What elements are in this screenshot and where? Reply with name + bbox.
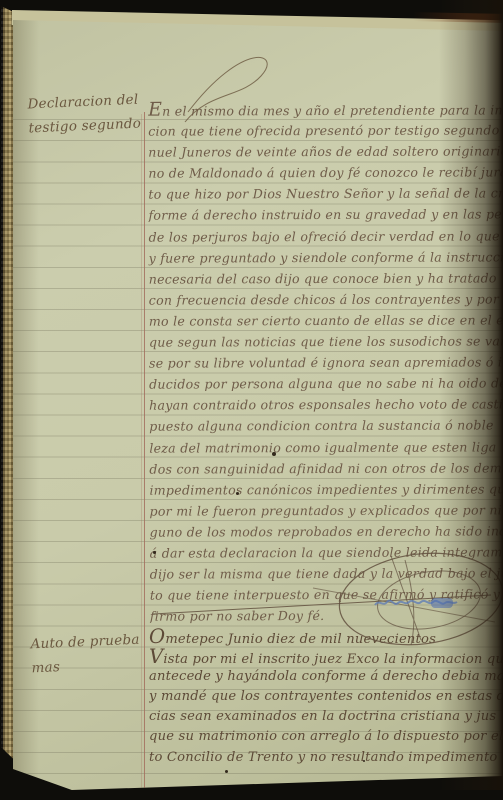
margin-note-line: testigo segundo — [28, 112, 142, 141]
red-margin-rule — [144, 112, 145, 790]
ink-spot — [363, 760, 365, 762]
margin-note-auto-de-prueba: Auto de prueba mas — [30, 628, 141, 681]
margin-note-line: Auto de prueba — [30, 628, 140, 657]
scanned-book-page: Declaracion del testigo segundo Auto de … — [0, 0, 503, 800]
ink-spot — [225, 770, 228, 773]
manuscript-page: Declaracion del testigo segundo Auto de … — [13, 0, 503, 800]
margin-note-declaracion: Declaracion del testigo segundo — [27, 88, 142, 141]
ink-spot — [153, 551, 156, 554]
scan-bottom-border — [0, 790, 503, 800]
ink-spot — [272, 452, 276, 456]
ink-spot — [236, 492, 239, 495]
margin-note-line: mas — [31, 652, 141, 681]
gutter-shadow — [439, 0, 503, 800]
